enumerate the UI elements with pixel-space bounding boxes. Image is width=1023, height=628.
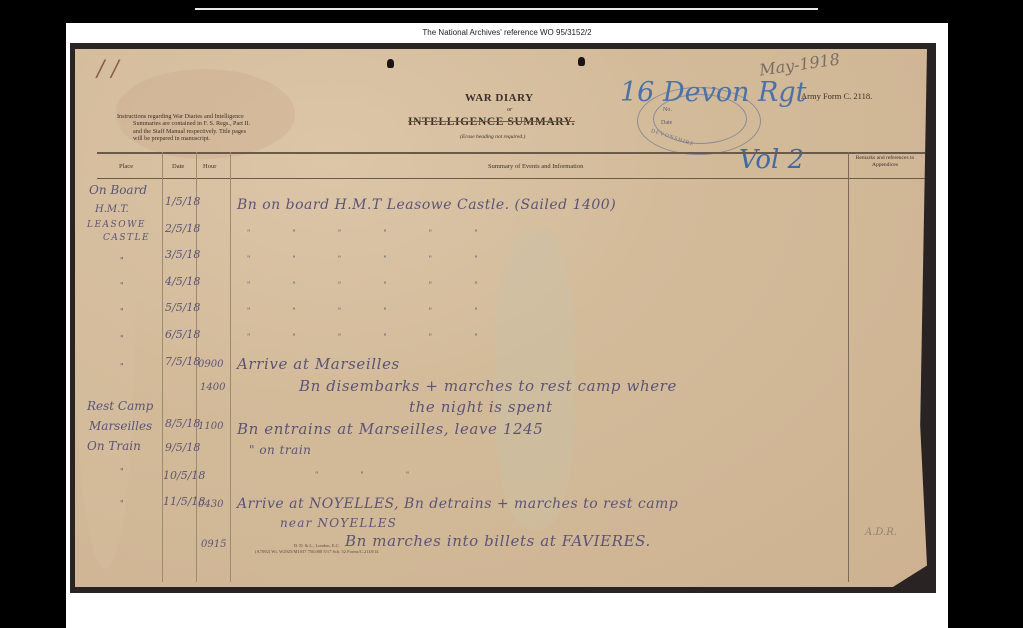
entry-text: " on train — [249, 443, 311, 457]
scan-frame: / / Instructions regarding War Diaries a… — [70, 43, 936, 593]
entry-text: the night is spent — [409, 398, 553, 416]
entry-date: 1/5/18 — [165, 195, 200, 208]
army-form-number: Army Form C. 2118. — [801, 91, 872, 101]
volume-annotation: Vol 2 — [739, 145, 804, 175]
archive-reference: The National Archives' reference WO 95/3… — [66, 28, 948, 37]
punch-hole — [578, 57, 585, 66]
punch-hole — [387, 59, 394, 68]
entry-hour: 0900 — [198, 359, 223, 370]
entry-date: 2/5/18 — [165, 222, 200, 235]
place-entry: On Train — [87, 439, 141, 453]
unit-annotation: 16 Devon Rgt — [620, 77, 807, 108]
title-intelligence-summary: INTELLIGENCE SUMMARY. — [408, 116, 575, 128]
entry-hour: 0430 — [198, 499, 223, 510]
title-or: or — [507, 107, 512, 113]
stamp-date: Date — [661, 120, 672, 126]
column-header-date: Date — [172, 163, 184, 170]
viewer-top-rule — [195, 8, 818, 10]
entry-text: Bn on board H.M.T Leasowe Castle. (Saile… — [237, 197, 616, 213]
title-note: (Erase heading not required.) — [460, 134, 525, 140]
entry-date: 3/5/18 — [165, 248, 200, 261]
entry-text: " " " " " " — [247, 281, 477, 289]
column-header-place: Place — [119, 163, 133, 170]
entry-text: Bn entrains at Marseilles, leave 1245 — [237, 420, 543, 438]
column-header-hour: Hour — [203, 163, 216, 170]
entry-text: Bn marches into billets at FAVIERES. — [345, 532, 651, 550]
month-annotation: May-1918 — [758, 49, 841, 79]
pencil-mark: / / — [97, 57, 119, 82]
entry-date: 9/5/18 — [165, 441, 200, 454]
printer-imprint: D. D. & L., London, E.C. (A7092) Wt. W29… — [255, 543, 379, 555]
entry-date: 7/5/18 — [165, 355, 200, 368]
title-war-diary: WAR DIARY — [465, 92, 534, 104]
entry-date: 4/5/18 — [165, 275, 200, 288]
war-diary-sheet: / / Instructions regarding War Diaries a… — [75, 49, 927, 587]
entry-text: Bn disembarks + marches to rest camp whe… — [299, 377, 677, 395]
place-entry: Marseilles — [89, 419, 152, 433]
entry-hour: 1400 — [200, 382, 225, 393]
entry-text: Arrive at NOYELLES, Bn detrains + marche… — [237, 496, 678, 512]
entry-text: Arrive at Marseilles — [237, 355, 400, 373]
entry-text: " " " " " " — [247, 307, 477, 315]
column-header-summary: Summary of Events and Information — [488, 163, 583, 170]
place-entry: CASTLE — [103, 233, 150, 243]
place-entry: Rest Camp — [87, 399, 153, 413]
entry-text: " " " " " " — [247, 333, 477, 341]
entry-text: " " " — [315, 471, 409, 479]
entry-hour: 1100 — [198, 421, 223, 432]
entry-date: 6/5/18 — [165, 328, 200, 341]
entry-hour: 0915 — [201, 539, 226, 550]
initials-annotation: A.D.R. — [865, 527, 897, 538]
place-entry: On Board — [89, 183, 147, 197]
entry-date: 5/5/18 — [165, 301, 200, 314]
document-page: The National Archives' reference WO 95/3… — [66, 23, 948, 628]
entry-text: " " " " " " — [247, 255, 477, 263]
column-header-remarks: Remarks and references to Appendices — [855, 155, 915, 168]
entry-text: near NOYELLES — [280, 516, 397, 530]
place-entry: H.M.T. — [95, 204, 129, 215]
place-entry: LEASOWE — [87, 220, 146, 230]
instructions-block: Instructions regarding War Diaries and I… — [117, 113, 250, 143]
entry-date: 8/5/18 — [165, 417, 200, 430]
entry-text: " " " " " " — [247, 229, 477, 237]
entry-date: 10/5/18 — [163, 469, 205, 482]
